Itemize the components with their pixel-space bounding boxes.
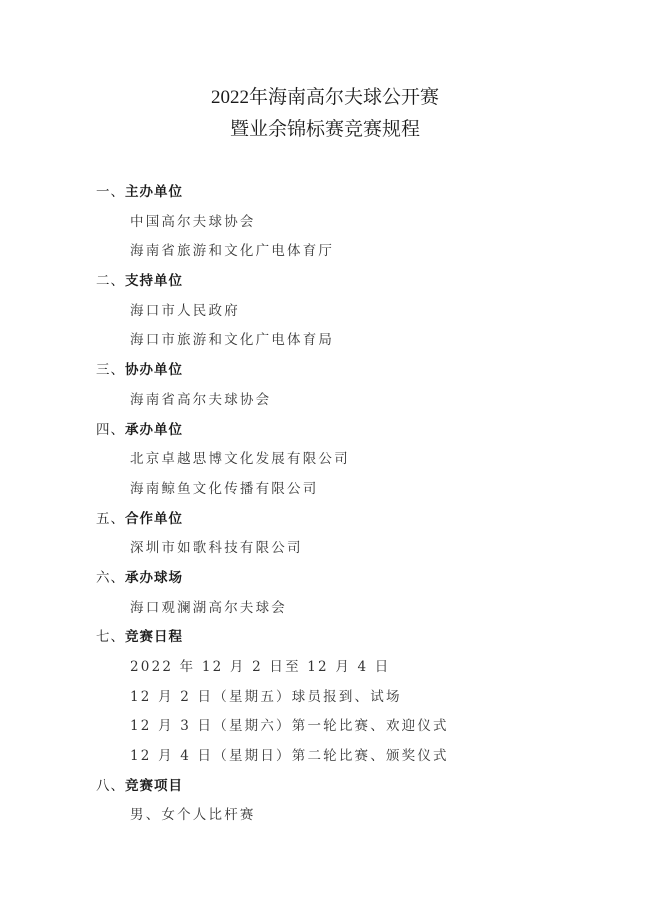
- section-heading: 一、主办单位: [96, 178, 576, 208]
- section-item: 海南省旅游和文化广电体育厅: [96, 237, 576, 267]
- schedule-item: 12 月 3 日（星期六）第一轮比赛、欢迎仪式: [96, 712, 576, 742]
- section-item: 海南省高尔夫球协会: [96, 386, 576, 416]
- section-item: 北京卓越思博文化发展有限公司: [96, 445, 576, 475]
- section-heading: 七、竞赛日程: [96, 623, 576, 653]
- schedule-item: 12 月 4 日（星期日）第二轮比赛、颁奖仪式: [96, 742, 576, 772]
- schedule-item: 12 月 2 日（星期五）球员报到、试场: [96, 683, 576, 713]
- document-body: 一、主办单位 中国高尔夫球协会 海南省旅游和文化广电体育厅 二、支持单位 海口市…: [96, 178, 576, 831]
- section-item: 中国高尔夫球协会: [96, 208, 576, 238]
- section-item: 海南鲸鱼文化传播有限公司: [96, 475, 576, 505]
- document-title-line2: 暨业余锦标赛竞赛规程: [0, 118, 650, 142]
- section-heading: 八、竞赛项目: [96, 772, 576, 802]
- document-title-line1: 2022年海南高尔夫球公开赛: [0, 86, 650, 110]
- section-item: 男、女个人比杆赛: [96, 801, 576, 831]
- section-item: 深圳市如歌科技有限公司: [96, 534, 576, 564]
- section-item: 海口观澜湖高尔夫球会: [96, 594, 576, 624]
- section-heading: 二、支持单位: [96, 267, 576, 297]
- section-item: 海口市人民政府: [96, 297, 576, 327]
- schedule-item: 2022 年 12 月 2 日至 12 月 4 日: [96, 653, 576, 683]
- section-heading: 四、承办单位: [96, 416, 576, 446]
- section-item: 海口市旅游和文化广电体育局: [96, 326, 576, 356]
- section-heading: 六、承办球场: [96, 564, 576, 594]
- section-heading: 三、协办单位: [96, 356, 576, 386]
- section-heading: 五、合作单位: [96, 505, 576, 535]
